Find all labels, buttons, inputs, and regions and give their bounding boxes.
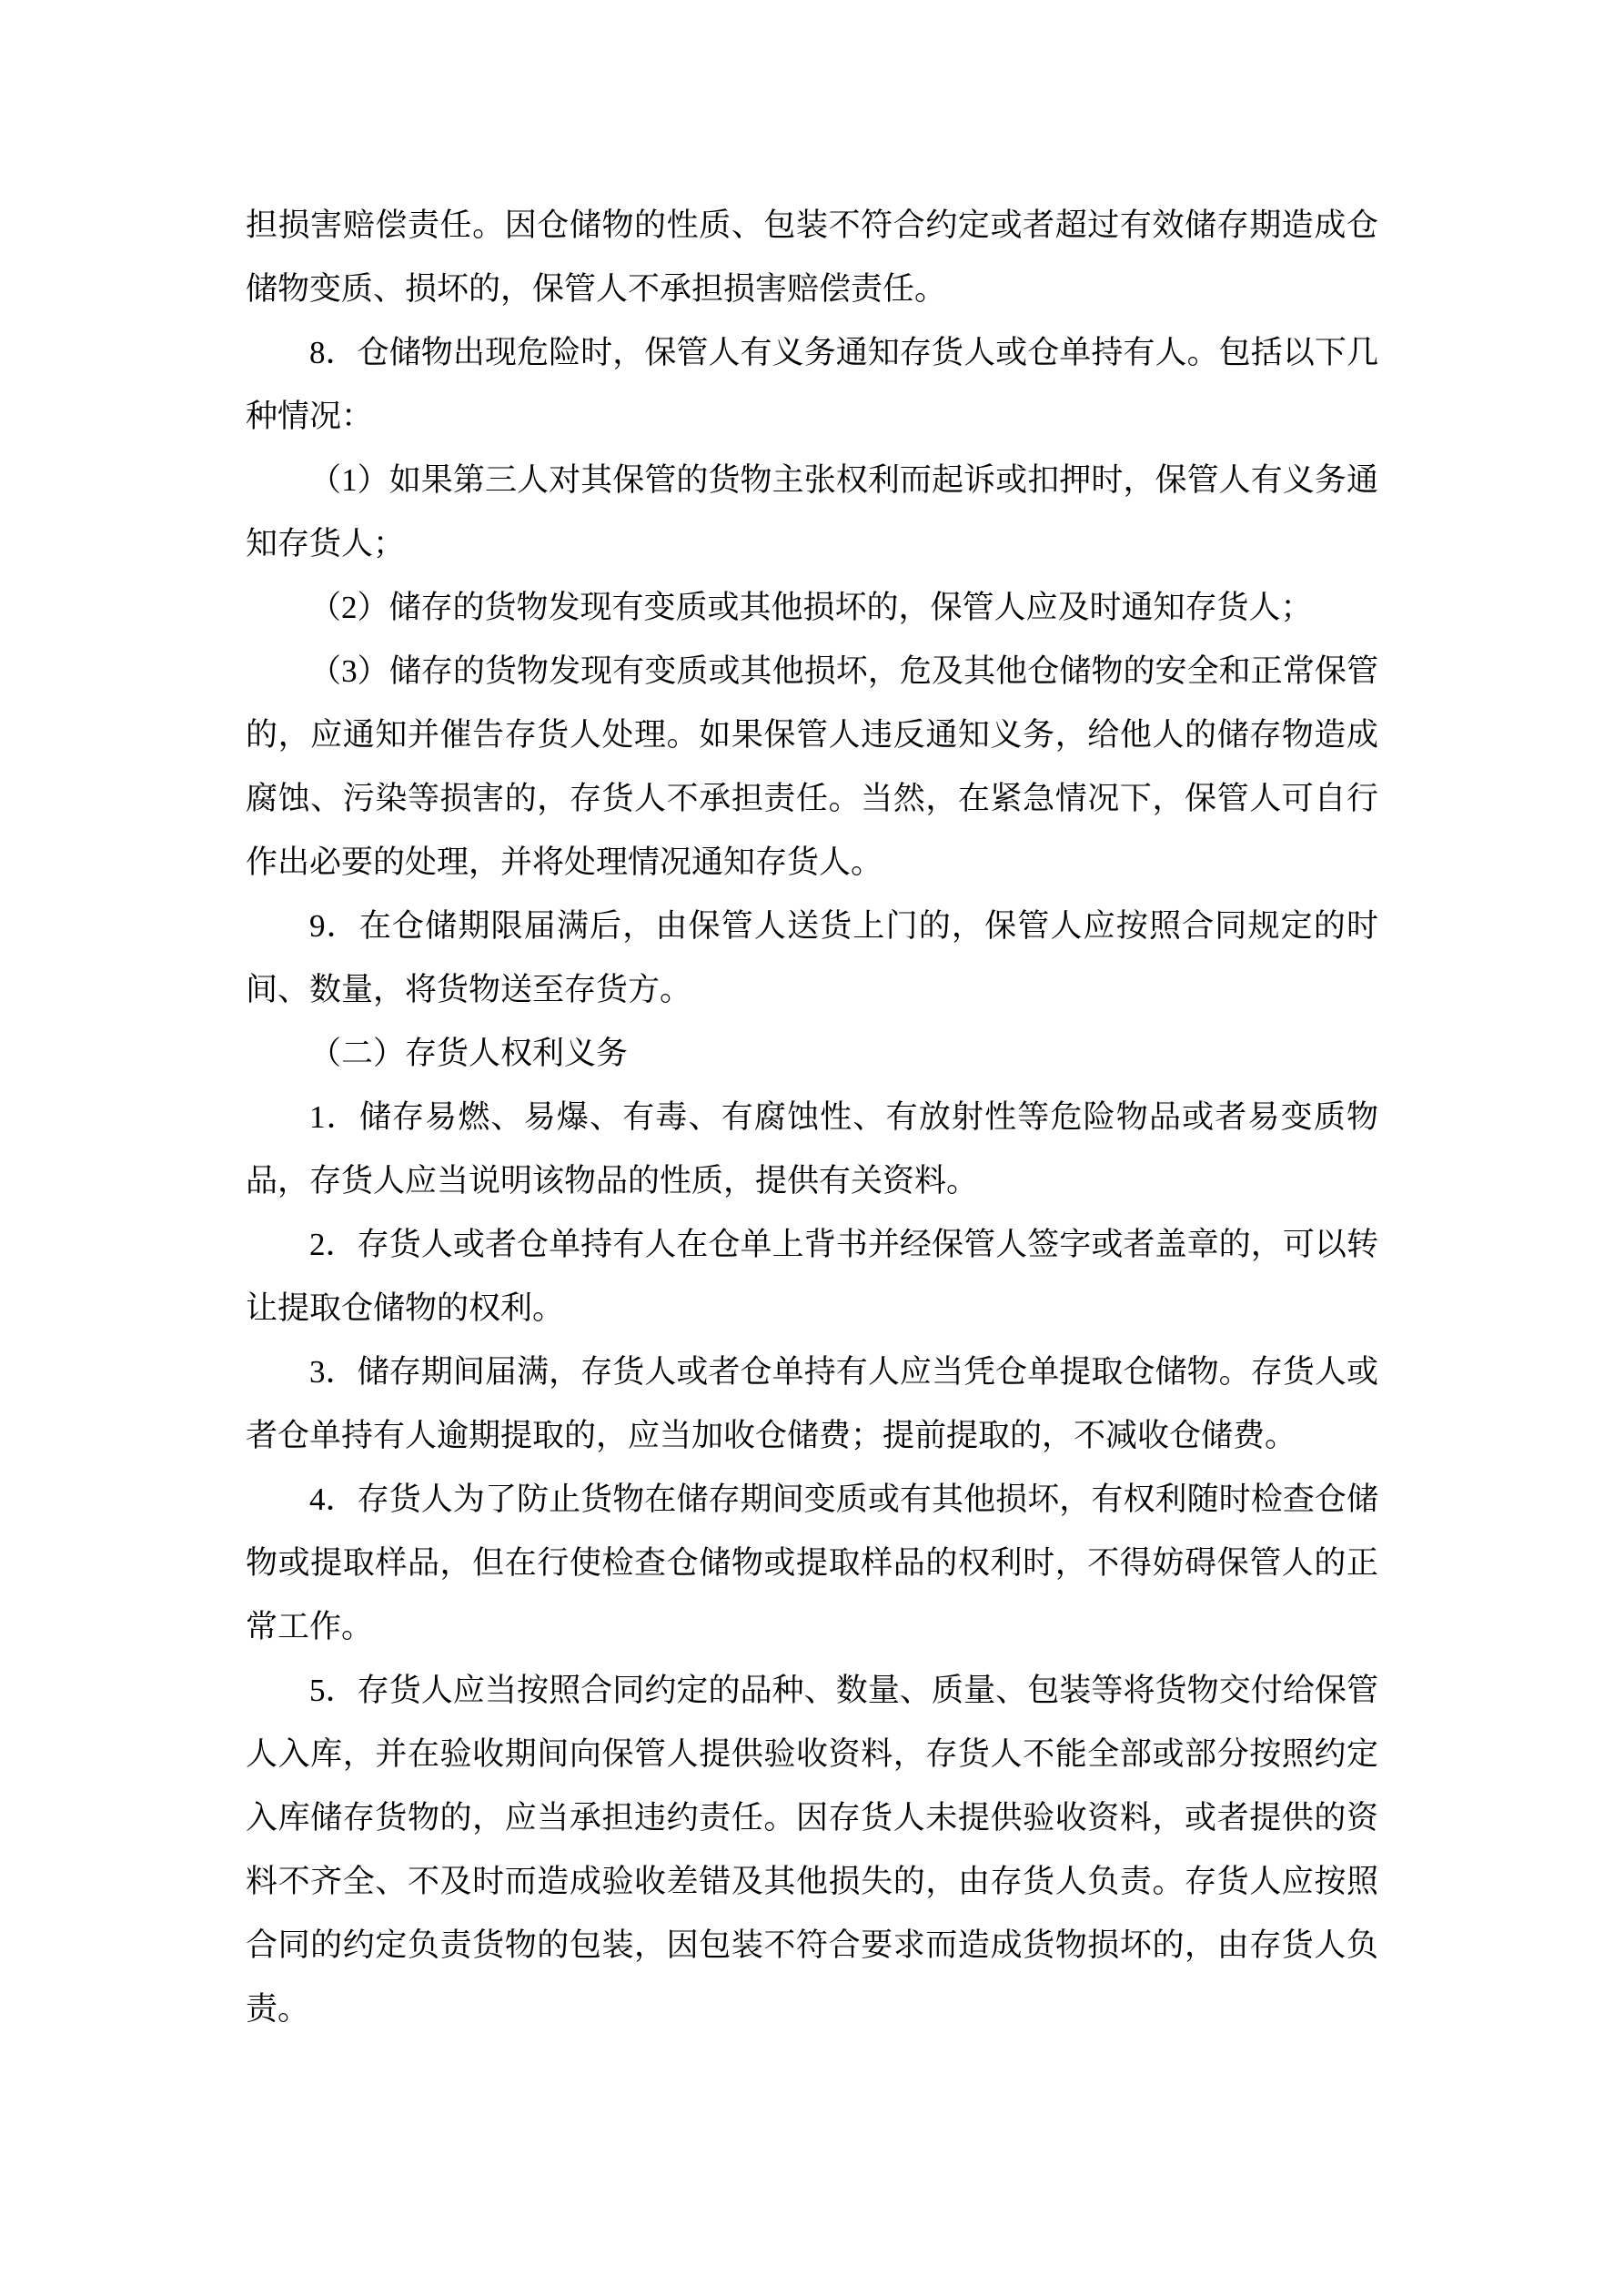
page-text-block: 担损害赔偿责任。因仓储物的性质、包装不符合约定或者超过有效储存期造成仓储物变质、… bbox=[246, 194, 1378, 2041]
paragraph: 1．储存易燃、易爆、有毒、有腐蚀性、有放射性等危险物品或者易变质物品，存货人应当… bbox=[246, 1086, 1378, 1213]
document-page: { "document": { "language": "zh-CN", "co… bbox=[0, 0, 1624, 2296]
paragraph: 2．存货人或者仓单持有人在仓单上背书并经保管人签字或者盖章的，可以转让提取仓储物… bbox=[246, 1213, 1378, 1340]
paragraph: 3．储存期间届满，存货人或者仓单持有人应当凭仓单提取仓储物。存货人或者仓单持有人… bbox=[246, 1340, 1378, 1468]
paragraph: 9．在仓储期限届满后，由保管人送货上门的，保管人应按照合同规定的时间、数量，将货… bbox=[246, 895, 1378, 1022]
paragraph: （2）储存的货物发现有变质或其他损坏的，保管人应及时通知存货人； bbox=[246, 576, 1378, 640]
paragraph: （3）储存的货物发现有变质或其他损坏，危及其他仓储物的安全和正常保管的，应通知并… bbox=[246, 640, 1378, 895]
paragraph: 4．存货人为了防止货物在储存期间变质或有其他损坏，有权利随时检查仓储物或提取样品… bbox=[246, 1468, 1378, 1659]
section-heading: （二）存货人权利义务 bbox=[246, 1022, 1378, 1086]
paragraph: 担损害赔偿责任。因仓储物的性质、包装不符合约定或者超过有效储存期造成仓储物变质、… bbox=[246, 194, 1378, 321]
paragraph: 5．存货人应当按照合同约定的品种、数量、质量、包装等将货物交付给保管人入库，并在… bbox=[246, 1659, 1378, 2041]
paragraph: 8．仓储物出现危险时，保管人有义务通知存货人或仓单持有人。包括以下几种情况： bbox=[246, 321, 1378, 449]
paragraph: （1）如果第三人对其保管的货物主张权利而起诉或扣押时，保管人有义务通知存货人； bbox=[246, 449, 1378, 576]
